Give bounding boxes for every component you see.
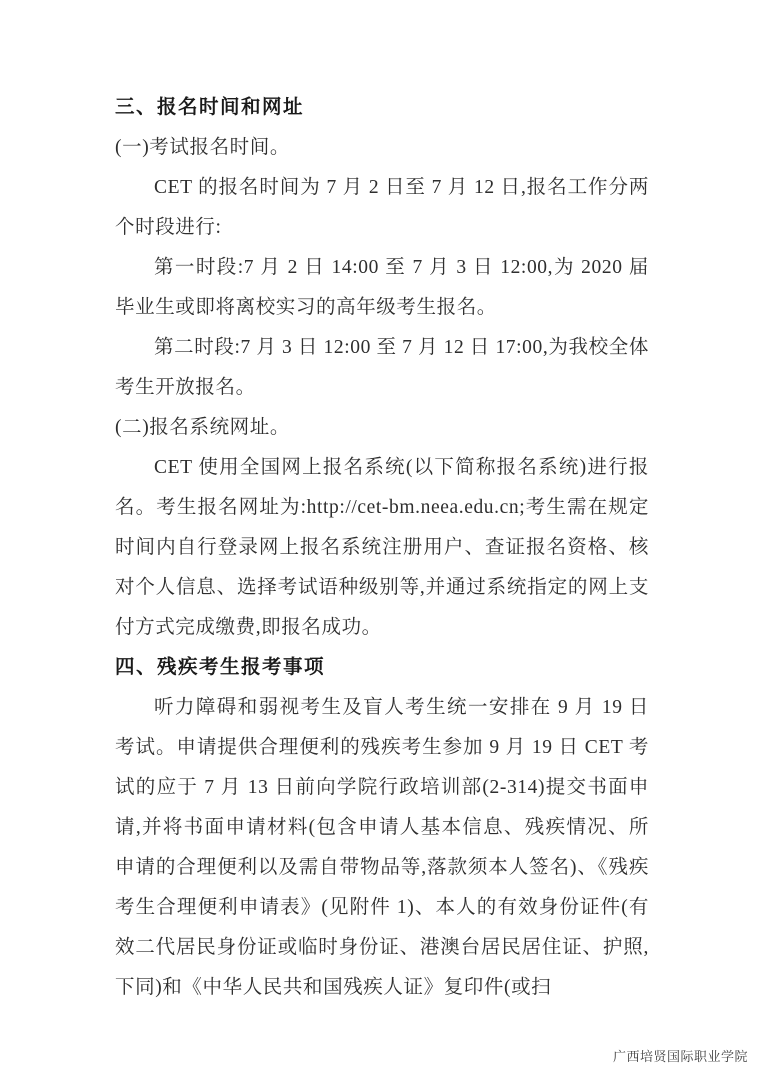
- section-heading-registration-time-and-url: 三、报名时间和网址: [115, 88, 649, 128]
- subsection-registration-system-url: (二)报名系统网址。: [115, 408, 649, 448]
- document-body: 三、报名时间和网址 (一)考试报名时间。 CET 的报名时间为 7 月 2 日至…: [115, 88, 649, 1008]
- section-heading-disabled-candidates: 四、残疾考生报考事项: [115, 648, 649, 688]
- paragraph-cet-registration-period: CET 的报名时间为 7 月 2 日至 7 月 12 日,报名工作分两个时段进行…: [115, 168, 649, 248]
- document-page: 三、报名时间和网址 (一)考试报名时间。 CET 的报名时间为 7 月 2 日至…: [0, 0, 764, 1080]
- paragraph-second-phase: 第二时段:7 月 3 日 12:00 至 7 月 12 日 17:00,为我校全…: [115, 328, 649, 408]
- paragraph-disabled-candidates-details: 听力障碍和弱视考生及盲人考生统一安排在 9 月 19 日考试。申请提供合理便利的…: [115, 688, 649, 1008]
- page-footer-school-name: 广西培贤国际职业学院: [613, 1046, 748, 1065]
- paragraph-first-phase: 第一时段:7 月 2 日 14:00 至 7 月 3 日 12:00,为 202…: [115, 248, 649, 328]
- subsection-exam-registration-time: (一)考试报名时间。: [115, 128, 649, 168]
- paragraph-registration-system-details: CET 使用全国网上报名系统(以下简称报名系统)进行报名。考生报名网址为:htt…: [115, 448, 649, 648]
